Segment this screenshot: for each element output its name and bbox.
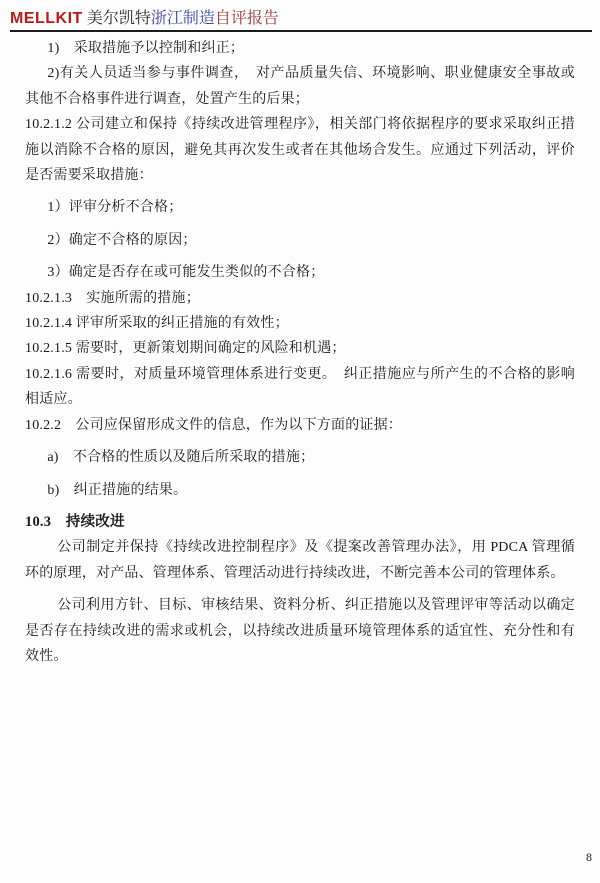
header-title-segment: 浙江制造 (151, 10, 215, 27)
document-header: MELLKIT 美尔凯特浙江制造自评报告 (10, 8, 592, 30)
header-title-segment: 美尔凯特 (83, 10, 151, 27)
section-heading: 10.3 持续改进 (25, 510, 575, 535)
paragraph: a) 不合格的性质以及随后所采取的措施； (25, 445, 575, 470)
document-body: 1) 采取措施予以控制和纠正；2)有关人员适当参与事件调查， 对产品质量失信、环… (25, 36, 575, 669)
paragraph: 10.2.1.4 评审所采取的纠正措施的有效性； (25, 311, 575, 336)
paragraph: b) 纠正措施的结果。 (25, 478, 575, 503)
header-rule (10, 30, 592, 32)
page-number: 8 (586, 850, 592, 865)
paragraph: 2)有关人员适当参与事件调查， 对产品质量失信、环境影响、职业健康安全事故或其他… (25, 61, 575, 112)
paragraph: 公司利用方针、目标、审核结果、资料分析、纠正措施以及管理评审等活动以确定是否存在… (25, 593, 575, 669)
paragraph: 公司制定并保持《持续改进控制程序》及《提案改善管理办法》，用 PDCA 管理循环… (25, 535, 575, 586)
header-title-segment: 自评报告 (215, 10, 279, 27)
paragraph: 10.2.1.2 公司建立和保持《持续改进管理程序》，相关部门将依据程序的要求采… (25, 112, 575, 188)
paragraph: 10.2.2 公司应保留形成文件的信息，作为以下方面的证据： (25, 413, 575, 438)
paragraph: 10.2.1.3 实施所需的措施； (25, 286, 575, 311)
paragraph: 10.2.1.6 需要时，对质量环境管理体系进行变更。 纠正措施应与所产生的不合… (25, 362, 575, 413)
paragraph: 10.2.1.5 需要时，更新策划期间确定的风险和机遇； (25, 336, 575, 361)
document-page: MELLKIT 美尔凯特浙江制造自评报告 1) 采取措施予以控制和纠正；2)有关… (0, 0, 600, 883)
paragraph: 1) 采取措施予以控制和纠正； (25, 36, 575, 61)
header-title-segment: MELLKIT (10, 10, 83, 27)
paragraph: 1）评审分析不合格； (25, 195, 575, 220)
paragraph: 3）确定是否存在或可能发生类似的不合格； (25, 260, 575, 285)
paragraph: 2）确定不合格的原因； (25, 228, 575, 253)
